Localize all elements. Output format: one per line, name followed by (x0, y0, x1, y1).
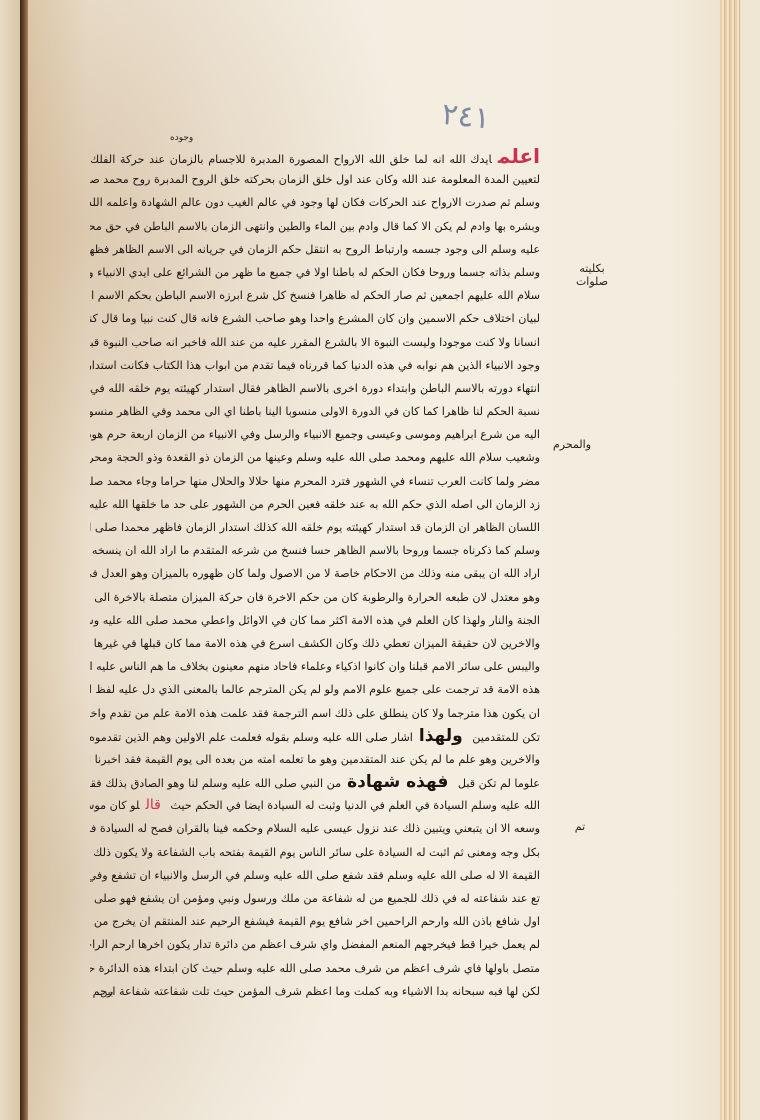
text-line: القيمة الا له صلى الله عليه وسلم فقد شفع… (90, 864, 540, 887)
text-line: لبيان اختلاف حكم الاسمين وان كان المشرع … (90, 307, 540, 330)
line-text: وجود الانبياء الذين هم نوابه في هذه الدن… (90, 359, 540, 372)
line-text: اراد الله ان يبقى منه وذلك من الاحكام خا… (90, 567, 540, 580)
line-text: ايدك الله انه لما خلق الله الارواح المصو… (90, 153, 492, 166)
text-line: نسبة الحكم لنا ظاهرا كما كان في الدورة ا… (90, 400, 540, 423)
emphasized-heading: ولهذا (419, 726, 463, 746)
line-text: تع عند شفاعته له في ذلك للجميع من له شفا… (90, 892, 540, 905)
text-line: واليبس على سائر الامم قبلنا وان كانوا اذ… (90, 655, 540, 678)
line-text: وشعيب سلام الله عليهم ومحمد صلى الله علي… (90, 451, 540, 464)
text-line: لتعيين المدة المعلومة عند الله وكان عند … (90, 168, 540, 191)
text-line: ان يكون هذا مترجما ولا كان ينطلق على ذلك… (90, 702, 540, 725)
text-line: علوما لم تكن قبل فهذه شهادةمن النبي صلى … (90, 771, 540, 794)
text-line: الجنة والنار ولهذا كان العلم في هذه الام… (90, 609, 540, 632)
line-text-pre: الله عليه وسلم السيادة في العلم في الدني… (167, 799, 540, 812)
main-text-block: اعلمايدك الله انه لما خلق الله الارواح ا… (90, 145, 540, 1003)
catchword-top: وجوده (170, 133, 193, 143)
text-line: الله عليه وسلم السيادة في العلم في الدني… (90, 794, 540, 817)
line-text: وسلم بذاته جسما وروحا فكان الحكم له باطن… (90, 266, 540, 279)
line-text: لم يعمل خيرا قط فيخرجهم المنعم المفضل وا… (90, 938, 540, 951)
text-line: اعلمايدك الله انه لما خلق الله الارواح ا… (90, 145, 540, 168)
rubric-word: قال (146, 797, 161, 813)
line-text: اللسان الظاهر ان الزمان قد استدار كهيئته… (90, 521, 540, 534)
text-line: اليه من شرع ابراهيم وموسى وعيسى وجميع ال… (90, 423, 540, 446)
text-line: والاخرين وهو علم ما لم يكن عند المتقدمين… (90, 748, 540, 771)
text-line: وبشره بها وادم لم يكن الا كما قال وادم ب… (90, 215, 540, 238)
line-text: وسلم كما ذكرناه جسما وروحا بالاسم الظاهر… (90, 544, 540, 557)
text-line: سلام الله عليهم اجمعين ثم صار الحكم له ظ… (90, 284, 540, 307)
line-text: والاخرين وهو علم ما لم يكن عند المتقدمين… (90, 753, 540, 766)
margin-note-3: تم (565, 820, 595, 833)
text-line: وشعيب سلام الله عليهم ومحمد صلى الله علي… (90, 446, 540, 469)
margin-note-1: بكليته صلوات (568, 262, 616, 288)
line-text: زد الزمان الى اصله الذي حكم الله به عند … (90, 498, 540, 511)
previous-page-edge (0, 0, 20, 1120)
text-line: وسلم كما ذكرناه جسما وروحا بالاسم الظاهر… (90, 539, 540, 562)
margin-note-2: والمحرم (550, 438, 594, 451)
line-text: لبيان اختلاف حكم الاسمين وان كان المشرع … (90, 312, 540, 325)
line-text: عليه وسلم الى وجود جسمه وارتباط الروح به… (90, 243, 540, 256)
line-text: لتعيين المدة المعلومة عند الله وكان عند … (90, 173, 540, 186)
text-line: انتهاء دورته بالاسم الباطن وابتداء دورة … (90, 377, 540, 400)
line-text: اول شافع باذن الله وارحم الراحمين اخر شا… (90, 915, 540, 928)
text-line: اللسان الظاهر ان الزمان قد استدار كهيئته… (90, 516, 540, 539)
line-text: واليبس على سائر الامم قبلنا وان كانوا اذ… (90, 660, 540, 673)
line-text: وبشره بها وادم لم يكن الا كما قال وادم ب… (90, 220, 540, 233)
line-text: الجنة والنار ولهذا كان العلم في هذه الام… (90, 614, 540, 627)
line-text: نسبة الحكم لنا ظاهرا كما كان في الدورة ا… (90, 405, 540, 418)
text-line: هذه الامة قد ترجمت على جميع علوم الامم و… (90, 678, 540, 701)
line-text-pre: تكن للمتقدمين (469, 731, 540, 744)
text-line: وجود الانبياء الذين هم نوابه في هذه الدن… (90, 354, 540, 377)
text-line: وسعه الا ان يتبعني ويتبين ذلك عند نزول ع… (90, 817, 540, 840)
text-line: تع عند شفاعته له في ذلك للجميع من له شفا… (90, 887, 540, 910)
line-text: ان يكون هذا مترجما ولا كان ينطلق على ذلك… (90, 707, 540, 720)
line-text: بكل وجه ومعنى ثم اثبت له السيادة على سائ… (90, 846, 540, 859)
book-spine-gutter (20, 0, 28, 1120)
rubric-heading: اعلم (498, 145, 540, 168)
line-text: انتهاء دورته بالاسم الباطن وابتداء دورة … (90, 382, 540, 395)
line-text: وسعه الا ان يتبعني ويتبين ذلك عند نزول ع… (90, 822, 540, 835)
text-line: انسانا ولا كنت موجودا وليست النبوة الا ب… (90, 331, 540, 354)
line-text: مضر ولما كانت العرب تنساء في الشهور فترد… (90, 475, 540, 488)
text-line: والاخرين لان حقيقة الميزان تعطي ذلك وكان… (90, 632, 540, 655)
line-text: القيمة الا له صلى الله عليه وسلم فقد شفع… (90, 869, 540, 882)
text-line: وهو معتدل لان طبعه الحرارة والرطوبة كان … (90, 586, 540, 609)
catchword-bottom: بين (100, 987, 113, 998)
line-text: اشار صلى الله عليه وسلم بقوله فعلمت علم … (90, 731, 413, 744)
text-line: لم يعمل خيرا قط فيخرجهم المنعم المفضل وا… (90, 933, 540, 956)
emphasized-heading: فهذه شهادة (347, 772, 448, 792)
line-text: متصل باولها فاي شرف اعظم من شرف محمد صلى… (90, 962, 540, 975)
line-text: من النبي صلى الله عليه وسلم لنا وهو الصا… (90, 777, 341, 790)
text-line: تكن للمتقدمين ولهذااشار صلى الله عليه وس… (90, 725, 540, 748)
line-text: وسلم ثم صدرت الارواح عند الحركات فكان له… (90, 196, 540, 209)
line-text: والاخرين لان حقيقة الميزان تعطي ذلك وكان… (90, 637, 540, 650)
text-line: اول شافع باذن الله وارحم الراحمين اخر شا… (90, 910, 540, 933)
text-line: متصل باولها فاي شرف اعظم من شرف محمد صلى… (90, 957, 540, 980)
line-text: لو كان موسى حيا ما (90, 799, 140, 812)
line-text: انسانا ولا كنت موجودا وليست النبوة الا ب… (90, 336, 540, 349)
text-line: بكل وجه ومعنى ثم اثبت له السيادة على سائ… (90, 841, 540, 864)
text-line: عليه وسلم الى وجود جسمه وارتباط الروح به… (90, 238, 540, 261)
text-line: وسلم بذاته جسما وروحا فكان الحكم له باطن… (90, 261, 540, 284)
text-line: لكن لها فبه سبحانه بدا الاشياء وبه كملت … (90, 980, 540, 1003)
text-line: وسلم ثم صدرت الارواح عند الحركات فكان له… (90, 191, 540, 214)
page-stack-edge (720, 0, 740, 1120)
line-text: اليه من شرع ابراهيم وموسى وعيسى وجميع ال… (90, 428, 540, 441)
line-text: هذه الامة قد ترجمت على جميع علوم الامم و… (90, 683, 540, 696)
text-line: زد الزمان الى اصله الذي حكم الله به عند … (90, 493, 540, 516)
line-text: سلام الله عليهم اجمعين ثم صار الحكم له ظ… (90, 289, 540, 302)
text-line: اراد الله ان يبقى منه وذلك من الاحكام خا… (90, 562, 540, 585)
line-text: لكن لها فبه سبحانه بدا الاشياء وبه كملت … (90, 985, 540, 998)
line-text-pre: علوما لم تكن قبل (454, 777, 540, 790)
text-line: مضر ولما كانت العرب تنساء في الشهور فترد… (90, 470, 540, 493)
line-text: وهو معتدل لان طبعه الحرارة والرطوبة كان … (90, 591, 540, 604)
